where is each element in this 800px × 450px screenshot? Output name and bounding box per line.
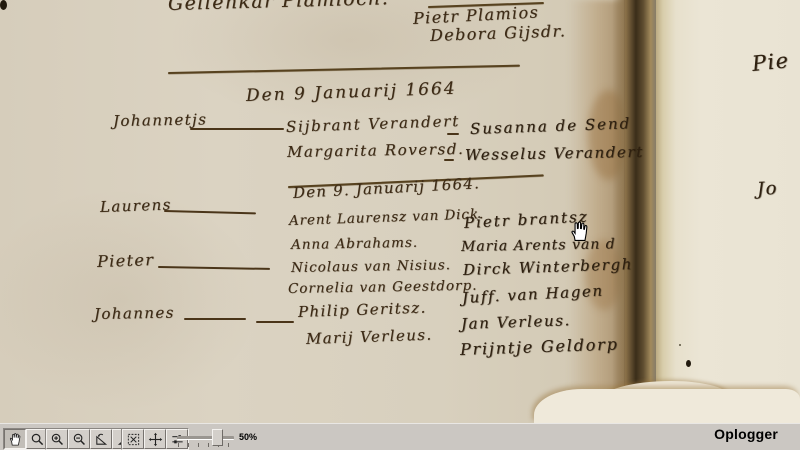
- zoom-in-button[interactable]: [46, 429, 68, 449]
- witness-name: Maria Arents van d: [461, 236, 616, 255]
- book-spine: [612, 0, 658, 423]
- zoom-slider-track[interactable]: [177, 436, 234, 440]
- toolbar: 50% Oplogger: [0, 423, 800, 450]
- right-page-fragment: Jo: [756, 178, 778, 200]
- parent-name: Nicolaus van Nisius.: [291, 257, 451, 276]
- slider-tick: [208, 443, 209, 447]
- move-arrows-icon: [148, 432, 163, 447]
- magnifier-plus-icon: [50, 432, 65, 447]
- oplogger-window: Gellenkar Plamioch. Pietr Plamios Debora…: [0, 0, 800, 450]
- child-name: Johannes: [94, 304, 175, 323]
- parent-name: Cornelia van Geestdorp.: [288, 278, 478, 297]
- pan-mode-button[interactable]: [144, 429, 166, 449]
- witness-name: Jan Verleus.: [461, 311, 571, 333]
- hand-cursor: [569, 220, 589, 242]
- ink-blot: [0, 0, 7, 10]
- connector-dash: [447, 133, 459, 135]
- fit-window-icon: [126, 432, 141, 447]
- app-name-label: Oplogger: [714, 426, 778, 442]
- connector-dash: [184, 318, 246, 320]
- witness-name: Wesselus Verandert: [465, 143, 644, 164]
- connector-dash: [256, 321, 294, 323]
- child-name: Laurens: [100, 196, 172, 216]
- magnifier-minus-icon: [72, 432, 87, 447]
- rotate-left-icon: [94, 432, 109, 447]
- pan-hand-button[interactable]: [4, 429, 26, 449]
- fit-window-button[interactable]: [122, 429, 144, 449]
- slider-tick: [178, 443, 179, 447]
- image-viewer-canvas[interactable]: Gellenkar Plamioch. Pietr Plamios Debora…: [0, 0, 800, 423]
- zoom-percentage-label: 50%: [239, 432, 257, 442]
- ink-blot: [679, 344, 681, 346]
- rotate-left-button[interactable]: [90, 429, 112, 449]
- zoom-out-button[interactable]: [68, 429, 90, 449]
- child-name: Pieter: [97, 250, 155, 271]
- hand-icon: [8, 432, 23, 447]
- parent-name: Anna Abrahams.: [291, 235, 418, 253]
- tool-select-group: [3, 428, 49, 450]
- zoom-slider-thumb[interactable]: [212, 429, 223, 446]
- slider-tick: [188, 443, 189, 447]
- slider-tick: [228, 443, 229, 447]
- slider-tick: [198, 443, 199, 447]
- connector-dash: [444, 159, 454, 161]
- ink-blot: [686, 360, 691, 367]
- child-name: Johannetjs: [113, 110, 208, 130]
- torn-page-edge: [534, 389, 800, 423]
- right-page-fragment: Pie: [751, 48, 791, 76]
- magnifier-icon: [30, 432, 45, 447]
- parent-name: Margarita Roversd.: [287, 140, 465, 161]
